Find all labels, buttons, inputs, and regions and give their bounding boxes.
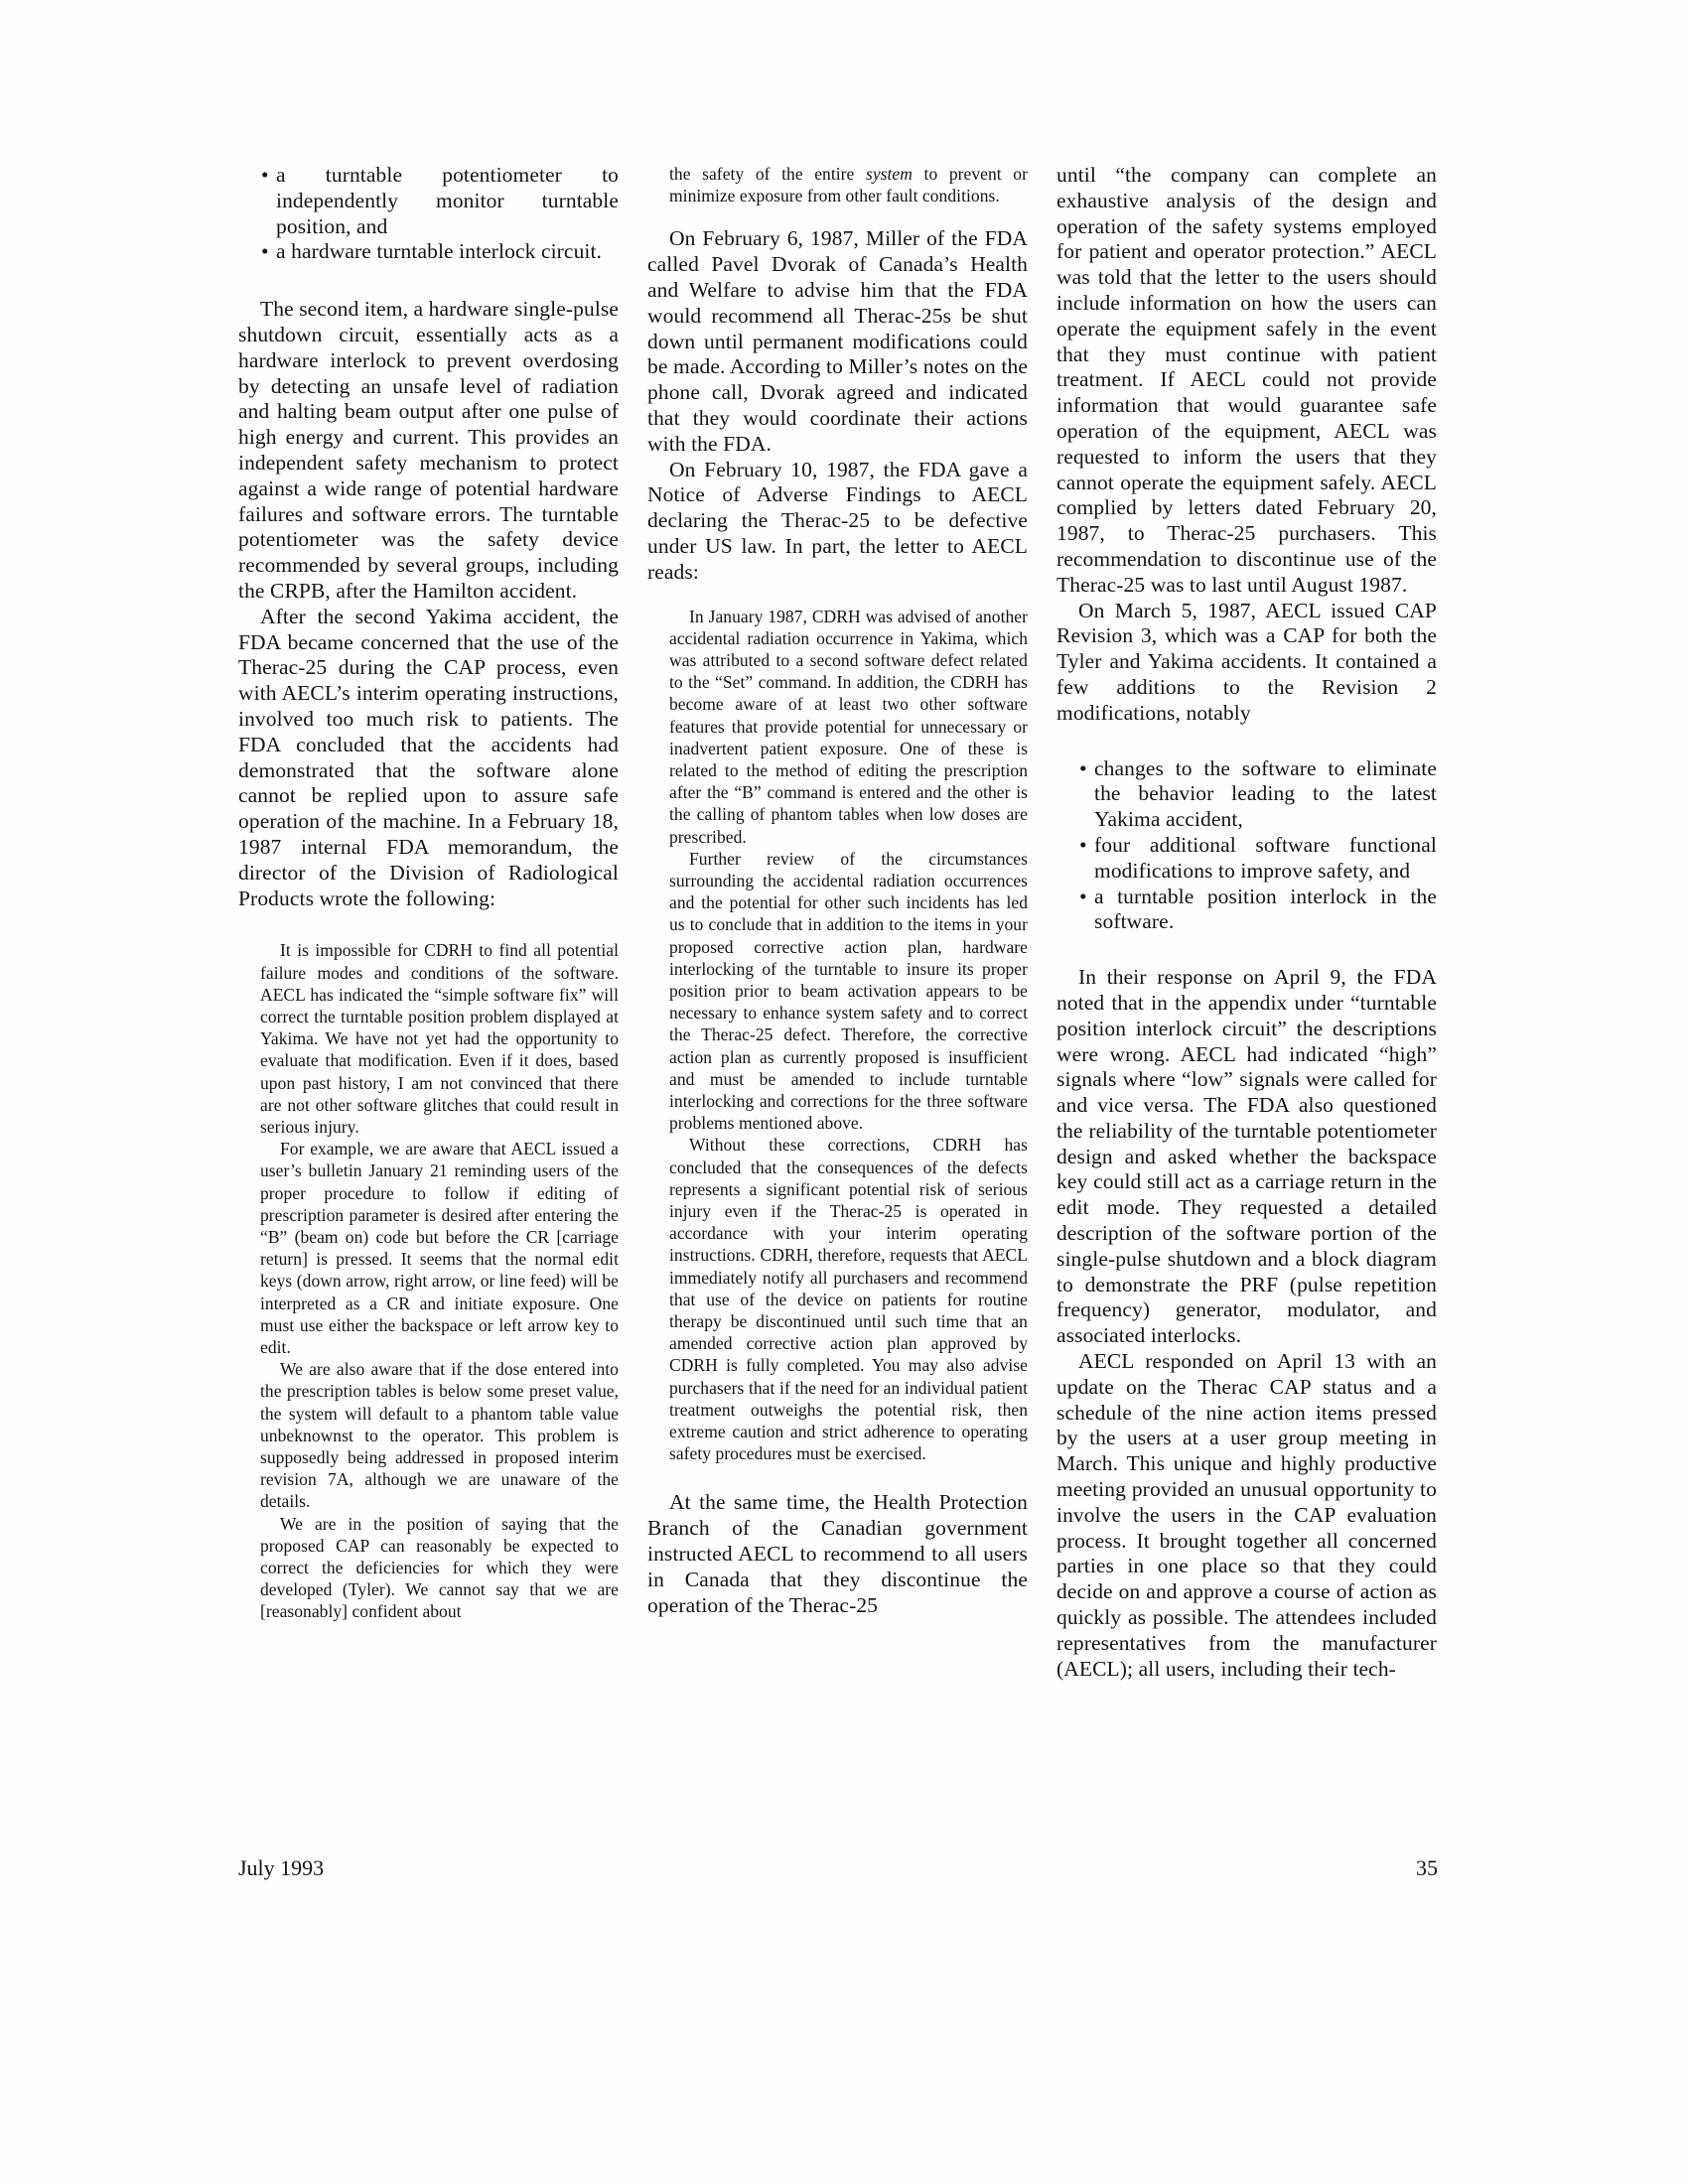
footer-issue-date: July 1993 <box>238 1855 324 1881</box>
bullet-item: a turntable potentiometer to independent… <box>276 163 619 239</box>
column-1: a turntable potentiometer to independent… <box>238 163 619 1682</box>
paragraph: AECL responded on April 13 with an updat… <box>1056 1349 1437 1682</box>
quote-continuation-italic: system <box>866 164 913 184</box>
column-3: until “the company can complete an exhau… <box>1056 163 1437 1682</box>
fda-letter-quote: In January 1987, CDRH was advised of ano… <box>647 606 1028 1465</box>
quote-paragraph: For example, we are aware that AECL issu… <box>260 1138 619 1358</box>
quote-continuation-pre: the safety of the entire <box>669 164 866 184</box>
bullet-item: four additional software functional modi… <box>1094 833 1437 885</box>
paragraph: On February 6, 1987, Miller of the FDA c… <box>647 226 1028 457</box>
column-2: the safety of the entire system to preve… <box>647 163 1028 1682</box>
paragraph: On February 10, 1987, the FDA gave a Not… <box>647 458 1028 586</box>
text-columns: a turntable potentiometer to independent… <box>238 163 1438 1682</box>
paragraph: until “the company can complete an exhau… <box>1056 163 1437 599</box>
bullet-item: changes to the software to eliminate the… <box>1094 756 1437 833</box>
bullet-list: a turntable potentiometer to independent… <box>238 163 619 265</box>
paragraph: After the second Yakima accident, the FD… <box>238 605 619 912</box>
quote-continuation: the safety of the entire system to preve… <box>647 163 1028 206</box>
paragraph: At the same time, the Health Protection … <box>647 1490 1028 1618</box>
bullet-item: a hardware turntable interlock circuit. <box>276 239 619 265</box>
quote-paragraph: Without these corrections, CDRH has conc… <box>669 1134 1028 1464</box>
bullet-list: changes to the software to eliminate the… <box>1056 756 1437 936</box>
quote-paragraph: We are in the position of saying that th… <box>260 1513 619 1623</box>
quote-paragraph: It is impossible for CDRH to find all po… <box>260 939 619 1138</box>
fda-memo-quote: It is impossible for CDRH to find all po… <box>238 939 619 1622</box>
quote-paragraph: Further review of the circumstances surr… <box>669 848 1028 1135</box>
quote-paragraph: We are also aware that if the dose enter… <box>260 1358 619 1512</box>
scanned-article-page: a turntable potentiometer to independent… <box>0 0 1688 2184</box>
page-number: 35 <box>1338 1855 1438 1881</box>
paragraph: On March 5, 1987, AECL issued CAP Revisi… <box>1056 599 1437 727</box>
quote-paragraph: In January 1987, CDRH was advised of ano… <box>669 606 1028 848</box>
bullet-item: a turntable position interlock in the so… <box>1094 885 1437 936</box>
paragraph: The second item, a hardware single-pulse… <box>238 297 619 605</box>
paragraph: In their response on April 9, the FDA no… <box>1056 965 1437 1349</box>
